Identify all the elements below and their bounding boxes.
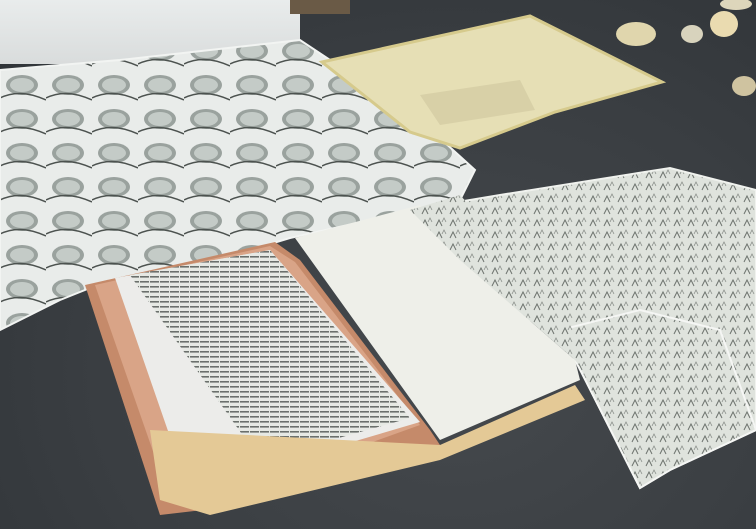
scene-illustration xyxy=(0,0,756,529)
photo-scene: Museum exhibit table with antique open b… xyxy=(0,0,756,529)
